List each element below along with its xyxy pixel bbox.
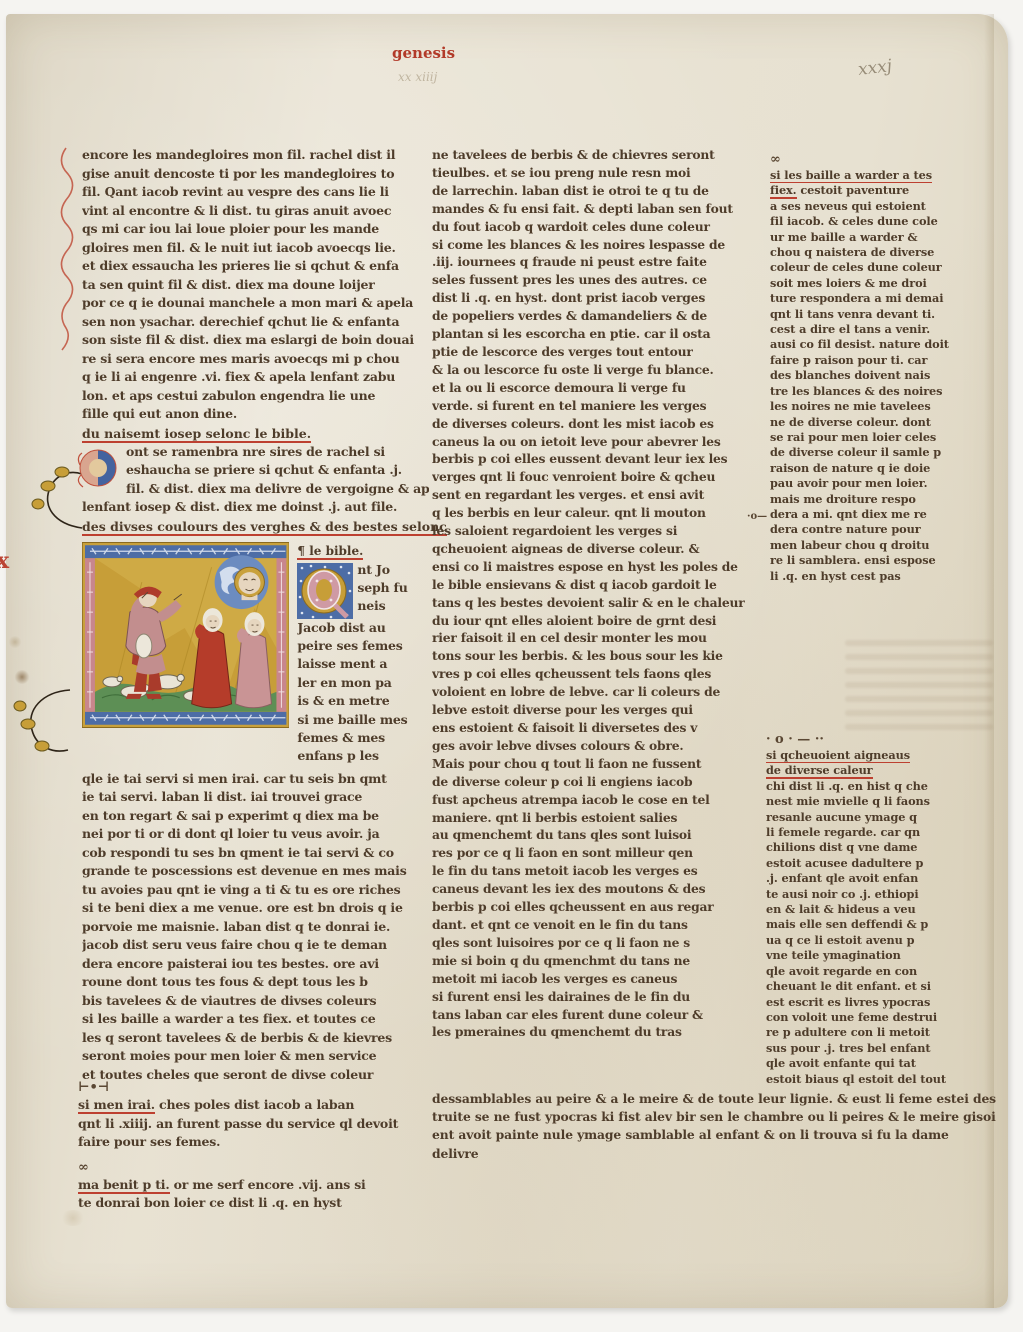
text-line: lebve estoit diverse pour les verges qui [432, 701, 766, 719]
text-line: roune dont tous tes fous & dept tous les… [82, 973, 429, 992]
text-line: si come les blances & les noires lespass… [432, 236, 766, 254]
text-line: faire p raison pour ti. car [770, 353, 978, 368]
text-line: les noires ne mie tavelees [770, 399, 978, 414]
text-line: is & en metre [297, 692, 429, 710]
text-line: ges avoir lebve divses colours & obre. [432, 737, 766, 755]
paragraph-initial-Q: nt Joseph funeis [297, 561, 429, 619]
text-line: metoit mi iacob les verges es caneus [432, 970, 766, 988]
text-line: qnt li tans venra devant ti. [770, 307, 978, 322]
text-line: lon. et aps cestui zabulon engendra lie … [82, 387, 429, 406]
text-line: qle avoit regarde en con [766, 964, 978, 979]
gloss-column-block2: · o · — ·· si qcheuoient aigneaus de div… [766, 732, 978, 1087]
paragraph-jacob-speaks: Jacob dist aupeire ses femeslaisse ment … [297, 619, 429, 766]
text-line: en ton regart & sai p experimt q diex ma… [82, 807, 429, 826]
text-line: verges qnt li fouc venroient boire & qch… [432, 468, 766, 486]
text-line: le fin du tans metoit iacob les verges e… [432, 862, 766, 880]
text-line: faire pour ses femes. [78, 1133, 430, 1152]
bottom-continuation-block: dessamblables au peire & a le meire & de… [432, 1090, 998, 1163]
text-line: li .q. en hyst cest pas [770, 569, 978, 584]
text-line: sent en regardant les verges. et ensi av… [432, 486, 766, 504]
text-line: dera a mi. qnt diex me re [770, 507, 978, 522]
text-line: chou q naistera de diverse [770, 245, 978, 260]
text-line: si me baille mes [297, 711, 429, 729]
ink-stain [8, 636, 22, 648]
text-line: dant. et qnt ce venoit en le fin du tans [432, 916, 766, 934]
text-line: dist li .q. en hyst. dont prist iacob ve… [432, 289, 766, 307]
text-line: grande te poscessions est devenue en mes… [82, 862, 429, 881]
gloss-commentary: chi dist li .q. en hist q chenest mie mv… [766, 779, 978, 1087]
column-beside-miniature: ¶ le bible. nt Joseph funeis Jacob dist … [297, 542, 429, 766]
text-line: maniere. qnt li berbis estoient salies [432, 809, 766, 827]
miniature-row: ¶ le bible. nt Joseph funeis Jacob dist … [82, 542, 429, 766]
text-line: con voloit une feme destrui [766, 1010, 978, 1025]
text-line: ua q ce li estoit avenu p [766, 933, 978, 948]
text-line: gloires men fil. & le nuit iut iacob avo… [82, 239, 429, 258]
text-line: lenfant iosep & dist. diex me doinst .j.… [82, 498, 429, 517]
text-line: encore les mandegloires mon fil. rachel … [82, 146, 429, 165]
text-line: si les baille a warder a tes fiex. et to… [82, 1010, 429, 1029]
text-line: qle avoit enfante qui tat [766, 1056, 978, 1071]
text-line: qs mi car iou lai loue ploier pour les m… [82, 220, 429, 239]
text-line: si furent ensi les dairaines de le fin d… [432, 988, 766, 1006]
manuscript-photo: genesis xx xiiij xxxj x ·o— encore les m… [0, 0, 1023, 1332]
text-line: du fout iacob q wardoit celes dune coleu… [432, 218, 766, 236]
text-line: re p adultere con li metoit [766, 1025, 978, 1040]
text-line: Mais pour chou q tout li faon ne fussent [432, 755, 766, 773]
text-line: ture respondera a mi demai [770, 291, 978, 306]
text-line: plantan si les escorcha en ptie. car il … [432, 325, 766, 343]
text-line: & la ou lescorce fu oste li verge fu bla… [432, 361, 766, 379]
text-line: te donrai bon loier ce dist li .q. en hy… [78, 1194, 430, 1213]
chapter-note-faint: xx xiiij [398, 70, 437, 84]
text-line: voloient en lobre de lebve. car li coleu… [432, 683, 766, 701]
continuation-text: dessamblables au peire & a le meire & de… [432, 1090, 998, 1163]
text-line: men labeur chou q droitu [770, 538, 978, 553]
text-line: jacob dist seru veus faire chou q ie te … [82, 936, 429, 955]
text-line: tans q les bestes devoient salir & en le… [432, 594, 766, 612]
text-line: tre les blances & des noires [770, 384, 978, 399]
text-line: les pmeraines du qmenchemt du tras [432, 1023, 766, 1041]
gloss-column-block1: ∞ si les baille a warder a tes fiex. ces… [770, 152, 978, 584]
text-line: du iour qnt elles aloient boire de grnt … [432, 612, 766, 630]
text-line: rier faisoit il en cel desir monter les … [432, 629, 766, 647]
text-line: verde. si furent en tel maniere les verg… [432, 397, 766, 415]
text-line: se rai pour men loier celes [770, 430, 978, 445]
text-line: mais me droiture respo [770, 492, 978, 507]
text-line: fil. Qant iacob revint au vespre des can… [82, 183, 429, 202]
text-line: sus pour .j. tres bel enfant [766, 1041, 978, 1056]
footnote-tie-symbol: ∞ [78, 1160, 430, 1176]
text-line: fust apcheus atrempa iacob le cose en te… [432, 791, 766, 809]
footnote-text: or me serf encore .vij. ans si [170, 1177, 366, 1192]
text-line: fil iacob. & celes dune cole [770, 214, 978, 229]
text-line: neis [357, 597, 429, 615]
text-line: nest mie mvielle q li faons [766, 794, 978, 809]
text-line: seph fu [357, 579, 429, 597]
text-line: cest a dire el tans a venir. [770, 322, 978, 337]
text-line: qcheuoient aigneas de diverse coleur. & [432, 540, 766, 558]
text-line: dera contre nature pour [770, 522, 978, 537]
text-line: Jacob dist au [297, 619, 429, 637]
left-text-column: encore les mandegloires mon fil. rachel … [82, 146, 429, 1084]
text-line: li femele regarde. car qn [766, 825, 978, 840]
text-line: estoit acusee dadultere p [766, 856, 978, 871]
text-line: .j. enfant qle avoit enfan [766, 871, 978, 886]
text-line: vne teile ymagination [766, 948, 978, 963]
text-line: ensi co li maistres espose en hyst les p… [432, 558, 766, 576]
gloss-tie-symbol: ∞ [770, 152, 978, 168]
middle-text-column: ne tavelees de berbis & de chievres sero… [432, 146, 766, 1041]
text-line: dessamblables au peire & a le meire & de… [432, 1090, 998, 1108]
text-line: mie si boin q du qmenchmt du tans ne [432, 952, 766, 970]
text-line: vint al encontre & li dist. tu giras anu… [82, 202, 429, 221]
text-line: mandes & fu ensi fait. & depti laban sen… [432, 200, 766, 218]
text-line: resanle aucune ymage q [766, 810, 978, 825]
text-line: soit mes loiers & me droi [770, 276, 978, 291]
text-line: caneus la ou on ietoit leve pour abevrer… [432, 433, 766, 451]
text-line: ent avoit painte nule ymage samblable al… [432, 1126, 998, 1144]
initial-adjacent-lines: nt Joseph funeis [357, 561, 429, 616]
text-line: seles fussent pres les unes des autres. … [432, 271, 766, 289]
illuminated-initial-D [76, 445, 120, 491]
text-line: caneus devant les iex des moutons & des [432, 880, 766, 898]
gloss-lemma: si les baille a warder a tes [770, 168, 932, 183]
rubric-text: des divses coulours des verghes & des be… [82, 519, 447, 536]
text-line: coleur de celes dune coleur [770, 260, 978, 275]
text-line: dera encore paisterai iou tes bestes. or… [82, 955, 429, 974]
text-line: pau avoir pour men loier. [770, 476, 978, 491]
text-line: qles sont luisoires por ce q li faon ne … [432, 934, 766, 952]
text-line: tons sour les berbis. & les bous sour le… [432, 647, 766, 665]
text-line: de larrechin. laban dist ie otroi te q t… [432, 182, 766, 200]
text-line: te ausi noir co .j. ethiopi [766, 887, 978, 902]
footnote-tie-symbol: ⊢•⊣ [78, 1080, 430, 1096]
footnote-commentary: te donrai bon loier ce dist li .q. en hy… [78, 1194, 430, 1213]
text-line: de diverses coleurs. dont les mist iacob… [432, 415, 766, 433]
text-line: delivre [432, 1145, 998, 1163]
text-line: qnt li .xiiij. an furent passe du servic… [78, 1115, 430, 1134]
gloss-text: cestoit paventure [797, 183, 910, 197]
text-line: cheuant le dit enfant. et si [766, 979, 978, 994]
footnote-commentary: qnt li .xiiij. an furent passe du servic… [78, 1115, 430, 1152]
text-line: fille qui eut anon dine. [82, 405, 429, 424]
text-line: ne tavelees de berbis & de chievres sero… [432, 146, 766, 164]
text-line: cob respondi tu ses bn qment ie tai serv… [82, 844, 429, 863]
text-line: qle ie tai servi si men irai. car tu sei… [82, 770, 429, 789]
rubric-text: du naisemt iosep selonc le bible. [82, 426, 311, 443]
gloss-lemma: si qcheuoient aigneaus [766, 748, 910, 763]
text-line: porvoie me maisnie. laban dist q te donr… [82, 918, 429, 937]
rubric-couleurs-verghes: des divses coulours des verghes & des be… [82, 517, 429, 536]
text-line: laisse ment a [297, 655, 429, 673]
text-line: est escrit es livres ypocras [766, 995, 978, 1010]
text-line: et diex essaucha les prieres lie si qchu… [82, 257, 429, 276]
footnote-lemma: ma benit p ti. [78, 1177, 170, 1194]
text-line: et la ou li escorce demoura li verge fu [432, 379, 766, 397]
gloss-commentary: a ses neveus qui estoientfil iacob. & ce… [770, 199, 978, 584]
text-line: ens estoient & faisoit li diversetes des… [432, 719, 766, 737]
rubric-text: ¶ le bible. [297, 544, 363, 560]
text-line: raison de nature q ie doie [770, 461, 978, 476]
running-title: genesis [392, 44, 455, 62]
text-line: de diverse coleur il samle p [770, 445, 978, 460]
text-line: res por ce q li faon en sont milleur qen [432, 844, 766, 862]
text-line: ta sen quint fil & dist. diex ma doune l… [82, 276, 429, 295]
paragraph-verges-iacob: ne tavelees de berbis & de chievres sero… [432, 146, 766, 1041]
text-line: q les berbis en leur caleur. qnt li mout… [432, 504, 766, 522]
text-line: a ses neveus qui estoient [770, 199, 978, 214]
paragraph-leah-children: encore les mandegloires mon fil. rachel … [82, 146, 429, 424]
text-line: gise anuit dencoste ti por les mandegloi… [82, 165, 429, 184]
text-line: ont se ramenbra nre sires de rachel si [126, 443, 429, 462]
text-line: re li samblera. ensi espose [770, 553, 978, 568]
text-line: tans laban car eles furent dune coleur & [432, 1006, 766, 1024]
text-line: ie tai servi. laban li dist. iai trouvei… [82, 788, 429, 807]
text-line: truite se ne fust ypocras ki fist alev b… [432, 1108, 998, 1126]
text-line: nt Jo [357, 561, 429, 579]
text-line: le bible ensievans & dist q iacob gardoi… [432, 576, 766, 594]
paragraph-birth-joseph: ont se ramenbra nre sires de rachel sies… [82, 443, 429, 517]
text-line: ler en mon pa [297, 674, 429, 692]
ink-stain [14, 670, 30, 684]
text-line: re si sera encore mes maris avoecqs mi p… [82, 350, 429, 369]
text-line: en & lait & hideus a veu [766, 902, 978, 917]
red-margin-flourish [52, 146, 78, 356]
illuminated-initial-Q [297, 563, 353, 621]
ivy-decoration-lower [8, 684, 74, 764]
text-line: .iij. iournees q fraude ni peust estre f… [432, 253, 766, 271]
god-in-cloud [215, 555, 269, 609]
text-line: vres p coi elles qcheussent tels faons q… [432, 665, 766, 683]
rubric-le-bible: ¶ le bible. [297, 542, 429, 561]
text-line: de popeliers verdes & damandeliers & de [432, 307, 766, 325]
text-line: berbis p coi elles eussent devant leur i… [432, 450, 766, 468]
footnote-block: ⊢•⊣ si men irai. ches poles dist iacob a… [78, 1080, 430, 1213]
miniature-jacob-rachel-leah [82, 542, 289, 728]
text-line: tieulbes. et se iou preng nule resn moi [432, 164, 766, 182]
text-line: seront moies pour men loier & men servic… [82, 1047, 429, 1066]
text-line: por ce q ie dounai manchele a mon mari &… [82, 294, 429, 313]
text-line: peire ses femes [297, 637, 429, 655]
show-through-text [845, 632, 993, 738]
text-line: des blanches doivent nais [770, 368, 978, 383]
text-line: les saloient regardoient les verges si [432, 522, 766, 540]
text-line: fil. & dist. diex ma delivre de vergoign… [126, 480, 429, 499]
text-line: ausi co fil desist. nature doit [770, 337, 978, 352]
text-line: eshaucha se priere si qchut & enfanta .j… [126, 461, 429, 480]
text-line: ptie de lescorce des verges tout entour [432, 343, 766, 361]
text-line: ne de diverse coleur. dont [770, 415, 978, 430]
text-line: au qmenchemt du tans qles sont luisoi [432, 826, 766, 844]
paragraph-jacob-laban: qle ie tai servi si men irai. car tu sei… [82, 770, 429, 1085]
text-line: mais elle sen deffendi & p [766, 917, 978, 932]
text-line: chilions dist q vne dame [766, 840, 978, 855]
text-line: q ie li ai engenre .vi. fiex & apela len… [82, 368, 429, 387]
text-line: berbis p coi elles qcheussent en aus reg… [432, 898, 766, 916]
text-line: les q seront tavelees & de berbis & de k… [82, 1029, 429, 1048]
text-line: nei por ti or di dont ql loier tu veus a… [82, 825, 429, 844]
text-line: enfans p les [297, 747, 429, 765]
text-line: bis tavelees & de viautres de divses col… [82, 992, 429, 1011]
text-line: estoit biaus ql estoit del tout [766, 1072, 978, 1087]
folio-number: xxxj [857, 56, 893, 80]
rubric-naissance-joseph: du naisemt iosep selonc le bible. [82, 424, 429, 443]
text-line: de diverse coleur p coi li engiens iacob [432, 773, 766, 791]
margin-cross-mark: x [0, 548, 9, 574]
text-line: ur me baille a warder & [770, 230, 978, 245]
text-line: son siste fil & dist. diex ma eslargi de… [82, 331, 429, 350]
gloss-lemma: fiex. [770, 183, 797, 198]
paragraph-initial-D: ont se ramenbra nre sires de rachel sies… [82, 443, 429, 517]
gloss-lemma: de diverse caleur [766, 763, 873, 778]
footnote-text: ches poles dist iacob a laban [155, 1097, 354, 1112]
text-line: sen non ysachar. derechief qchut lie & e… [82, 313, 429, 332]
text-line: tu avoies pau qnt ie ving a ti & tu es o… [82, 881, 429, 900]
footnote-lemma: si men irai. [78, 1097, 155, 1114]
text-line: femes & mes [297, 729, 429, 747]
text-line: si te beni diex a me venue. ore est bn d… [82, 899, 429, 918]
text-line: chi dist li .q. en hist q che [766, 779, 978, 794]
